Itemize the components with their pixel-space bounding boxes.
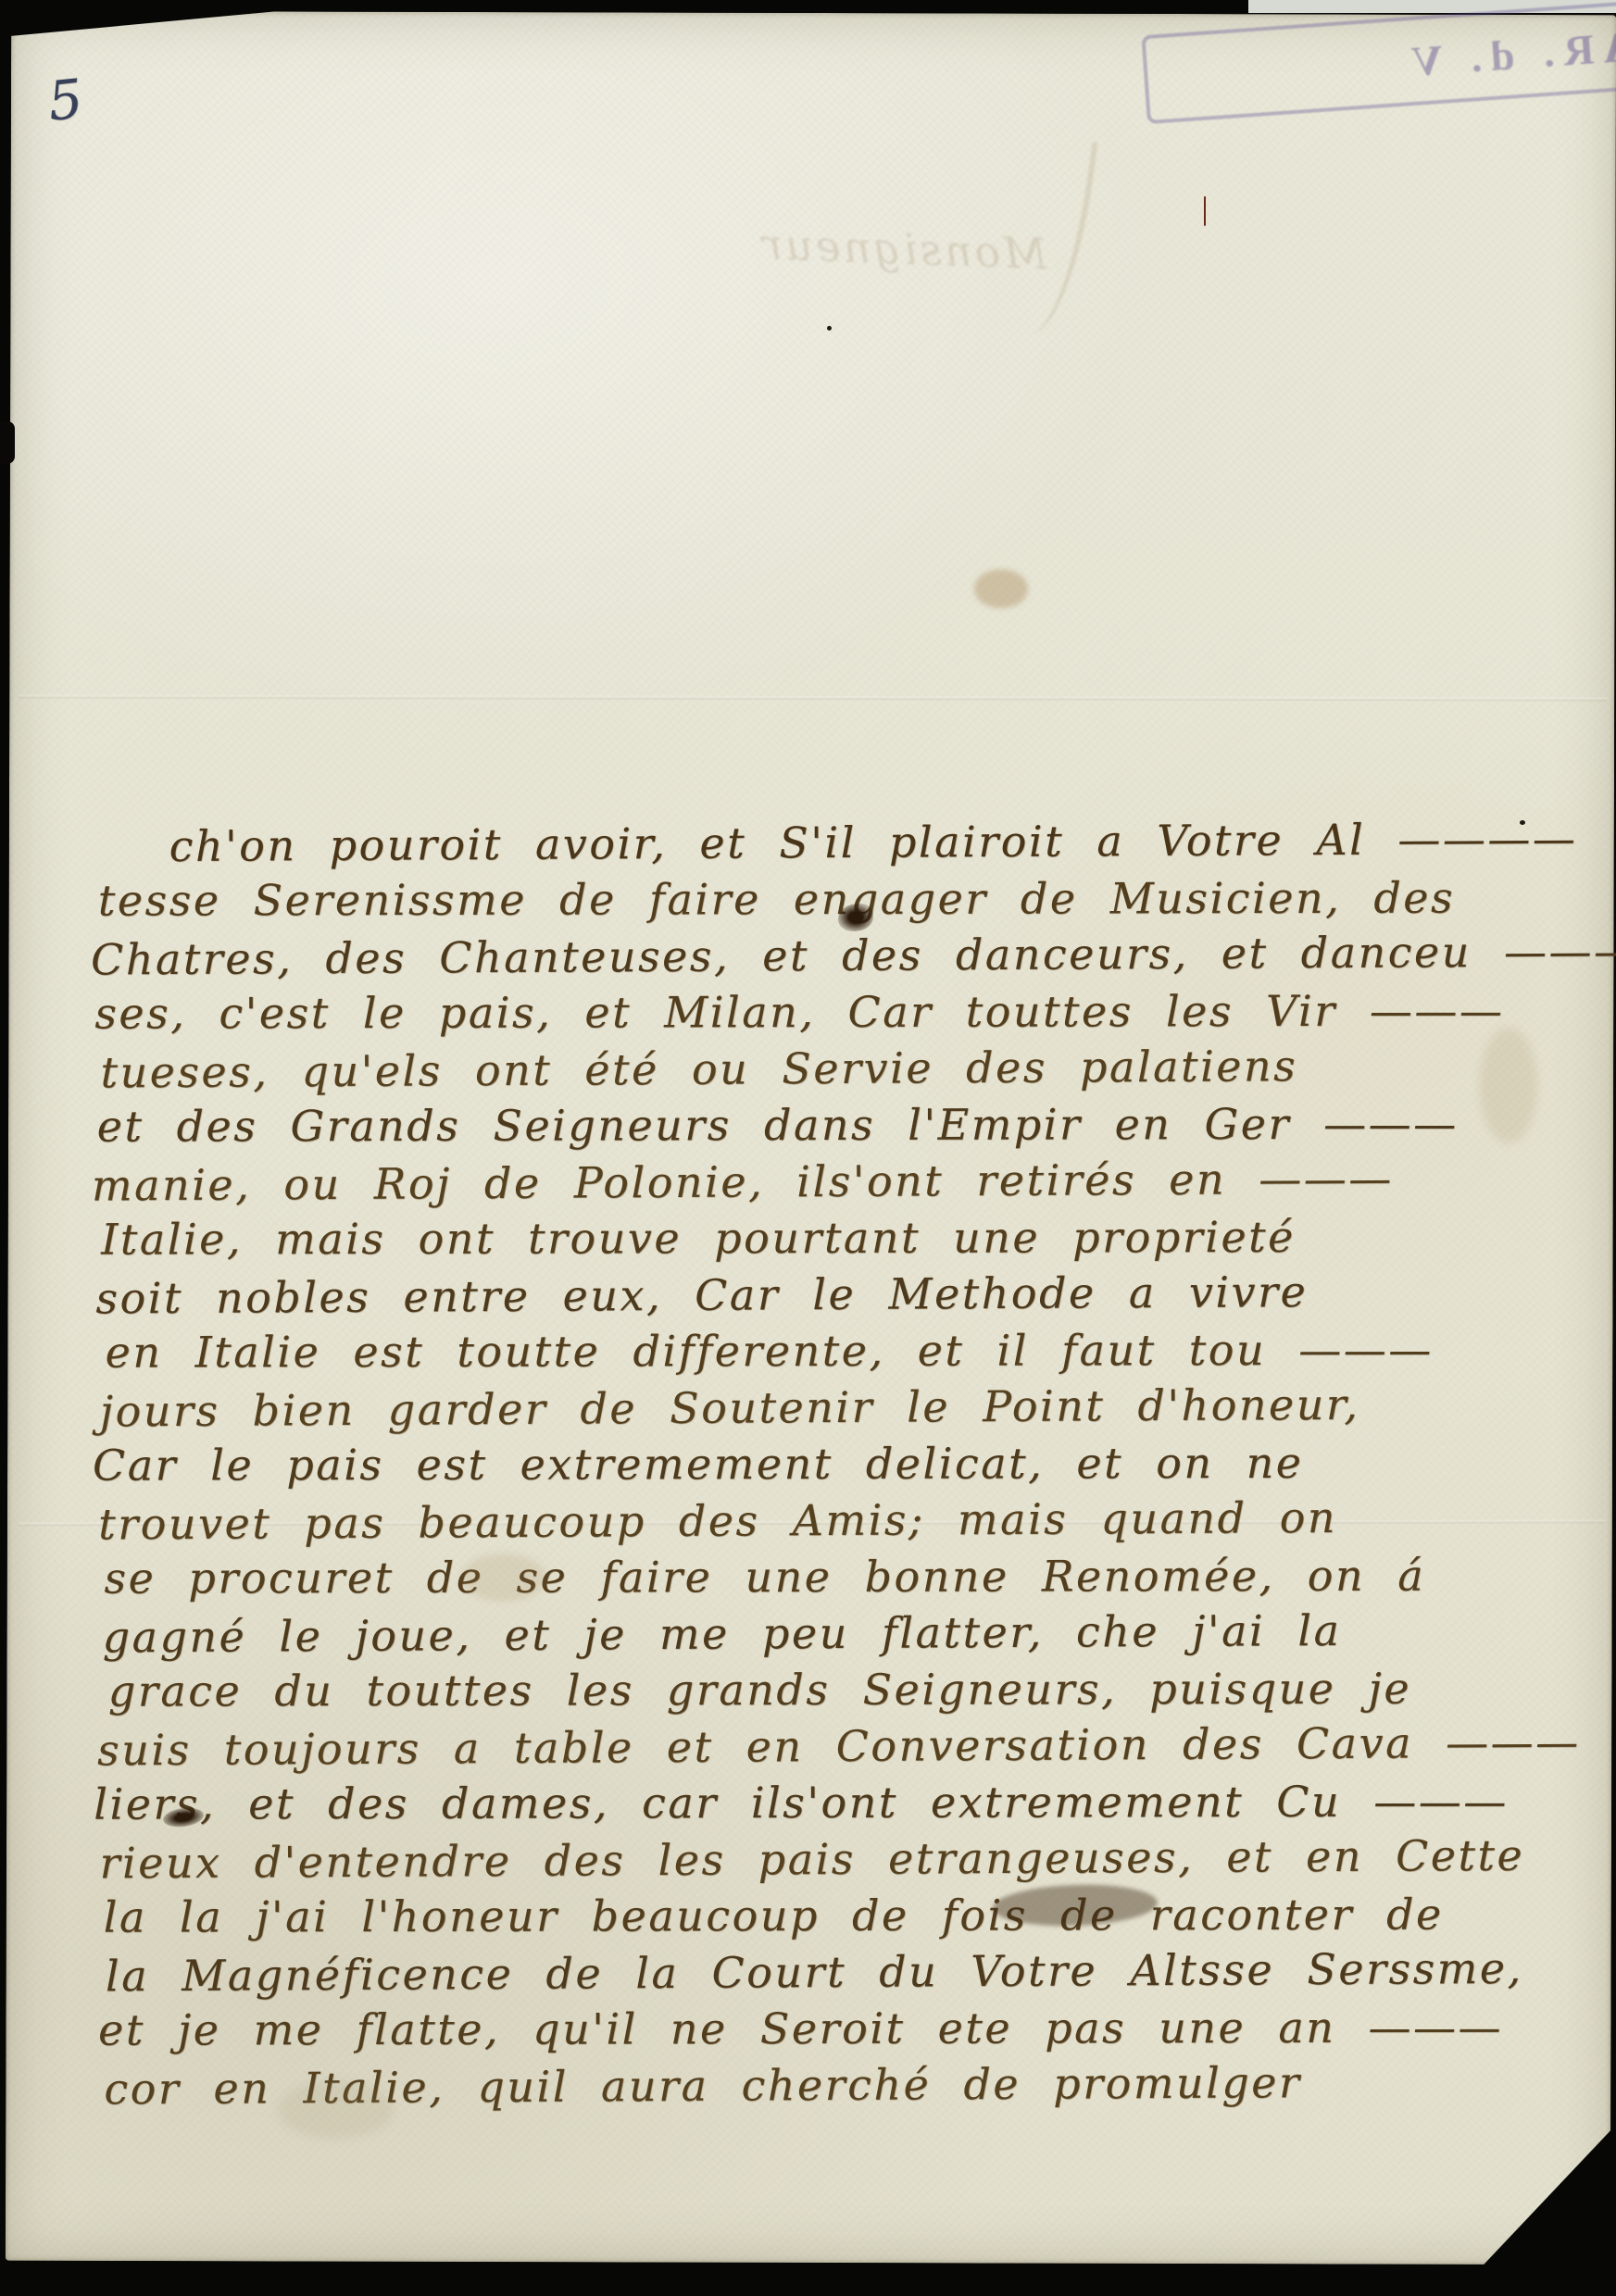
letter-line: soit nobles entre eux, Car le Methode a …: [92, 1263, 1573, 1328]
archive-stamp-text: AR. d. V: [1401, 21, 1616, 86]
letter-line: se procuret de se faire une bonne Renomé…: [93, 1547, 1574, 1606]
letter-line: tueses, qu'els ont été ou Servie des pal…: [91, 1037, 1572, 1102]
letter-line: ch'on pouroit avoir, et S'il plairoit a …: [90, 811, 1572, 876]
letter-line: rieux d'entendre des les pais etrangeuse…: [94, 1828, 1575, 1892]
letter-line: trouvet pas beaucoup des Amis; mais quan…: [93, 1489, 1574, 1554]
letter-line: liers, et des dames, car ils'ont extreme…: [94, 1773, 1575, 1832]
letter-line: gagné le joue, et je me peu flatter, che…: [93, 1602, 1574, 1666]
scan-edge-mark: [0, 421, 15, 464]
letter-line: Car le pais est extremement delicat, et …: [93, 1434, 1574, 1493]
dust-speck: [827, 326, 832, 331]
letter-line: et je me flatte, qu'il ne Seroit ete pas…: [94, 1999, 1576, 2058]
letter-line: Italie, mais ont trouve pourtant une pro…: [92, 1208, 1573, 1267]
show-through-word: Monsigneur: [758, 219, 1047, 280]
letter-body: ch'on pouroit avoir, et S'il plairoit a …: [91, 812, 1577, 2116]
paper-stain: [461, 1554, 546, 1602]
page-number: 5: [45, 67, 86, 132]
paper-stain: [974, 569, 1028, 608]
letter-line: grace du touttes les grands Seigneurs, p…: [94, 1660, 1575, 1719]
letter-line: la Magnéficence de la Court du Votre Alt…: [94, 1940, 1576, 2005]
letter-line: Chatres, des Chanteuses, et des danceurs…: [91, 924, 1572, 989]
paper-stain: [1480, 1028, 1537, 1143]
manuscript-scan: 5 AR. d. V Monsigneur ch'on pouroit avoi…: [0, 0, 1616, 2296]
letter-line: jours bien garder de Soutenir le Point d…: [93, 1376, 1574, 1441]
letter-line: en Italie est toutte differente, et il f…: [93, 1321, 1574, 1380]
letter-line: la la j'ai l'honeur beaucoup de fois de …: [94, 1886, 1576, 1945]
letter-line: tesse Serenissme de faire engager de Mus…: [91, 869, 1572, 929]
letter-line: et des Grands Seigneurs dans l'Empir en …: [92, 1095, 1573, 1154]
paper-stain: [278, 2081, 394, 2139]
letter-line: ses, c'est le pais, et Milan, Car toutte…: [91, 982, 1572, 1042]
letter-line: suis toujours a table et en Conversation…: [94, 1715, 1575, 1779]
dust-speck: [1520, 820, 1525, 825]
letter-line: manie, ou Roj de Polonie, ils'ont retiré…: [92, 1150, 1573, 1215]
fiber-mark: [1204, 196, 1206, 226]
